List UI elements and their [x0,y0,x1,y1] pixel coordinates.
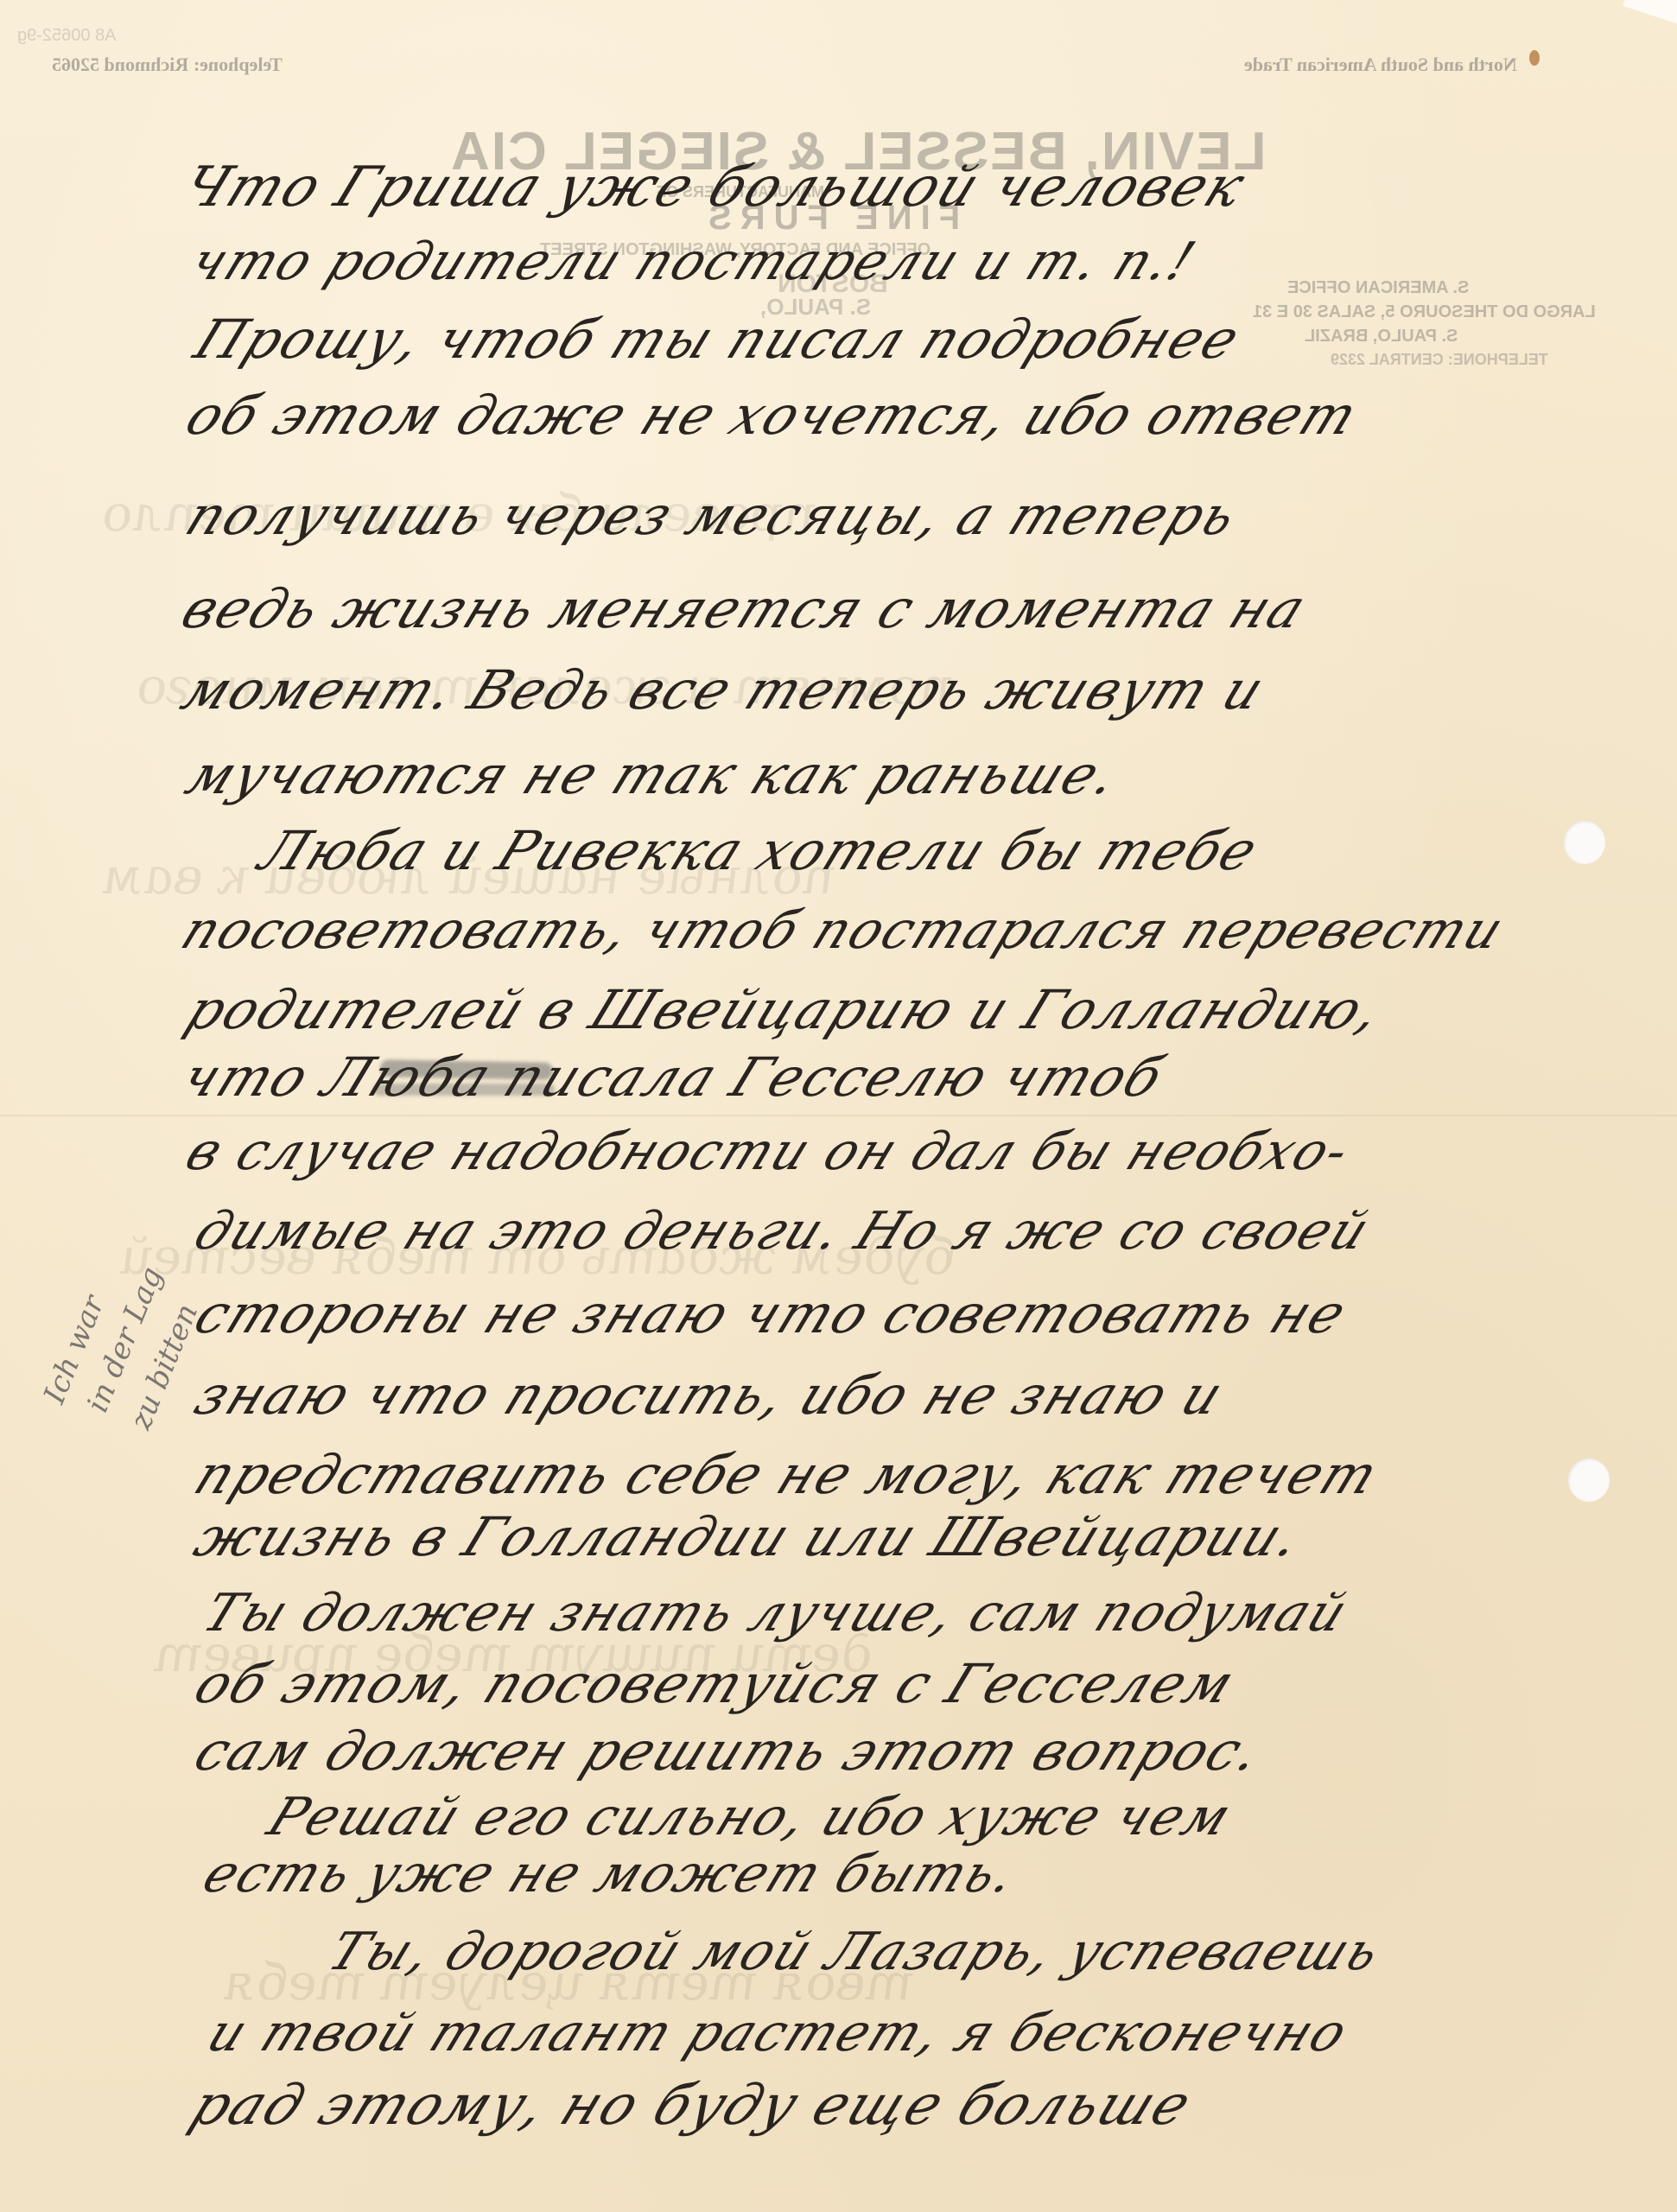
letter-line: об этом, посоветуйся с Гесселем [186,1652,1245,1715]
letter-line: Ты должен знать лучше, сам подумай [194,1583,1357,1643]
letter-body: Что Гриша уже большой человек что родите… [0,0,1677,2212]
letter-line: момент. Ведь все теперь живут и [173,658,1275,721]
letter-line: знаю что просить, ибо не знаю и [186,1363,1234,1427]
letter-line: Что Гриша уже большой человек [173,156,1255,219]
letter-line: есть уже не может быть. [194,1844,1026,1904]
letter-line: Прошу, чтоб ты писал подробнее [186,308,1250,371]
letter-line: мучаются не так как раньше. [177,743,1129,806]
letter-line: получишь через месяцы, а теперь [177,484,1248,547]
letter-line: димые на это деньги. Но я же со своей [186,1201,1380,1262]
letter-line: жизнь в Голландии или Швейцарии. [186,1505,1312,1568]
letter-line: стороны не знаю что советовать не [186,1282,1357,1345]
letter-line: и твой талант растет, я бесконечно [199,2003,1358,2063]
letter-page: A8 00652-9g Telephone: Richmond 52065 No… [0,0,1677,2212]
letter-line: ведь жизнь меняется с момента на [173,577,1317,640]
letter-line: в случае надобности он дал бы необхо- [177,1122,1360,1182]
letter-line: что Люба писала Гесселю чтоб [173,1046,1174,1109]
letter-line: Ты, дорогой мой Лазарь, успеваешь [320,1922,1391,1982]
letter-line: Люба и Ривекка хотели бы тебе [251,819,1268,882]
letter-line: об этом даже не хочется, ибо ответ [177,384,1369,447]
letter-line: представить себе не могу, как течет [186,1443,1388,1506]
letter-line: рад этому, но буду еще больше [181,2074,1202,2138]
punch-hole [1568,1459,1610,1502]
letter-line: родителей в Швейцарию и Голландию, [177,978,1393,1041]
punch-hole [1564,821,1605,864]
letter-line: Решай его сильно, ибо хуже чем [259,1787,1242,1847]
letter-line: посоветовать, чтоб постарался перевести [173,900,1514,961]
letter-line: сам должен решить этот вопрос. [186,1719,1273,1783]
margin-note: Ich war in der Lag zu bitten [35,1115,190,1400]
letter-line: что родители постарели и т. п.! [181,232,1205,292]
